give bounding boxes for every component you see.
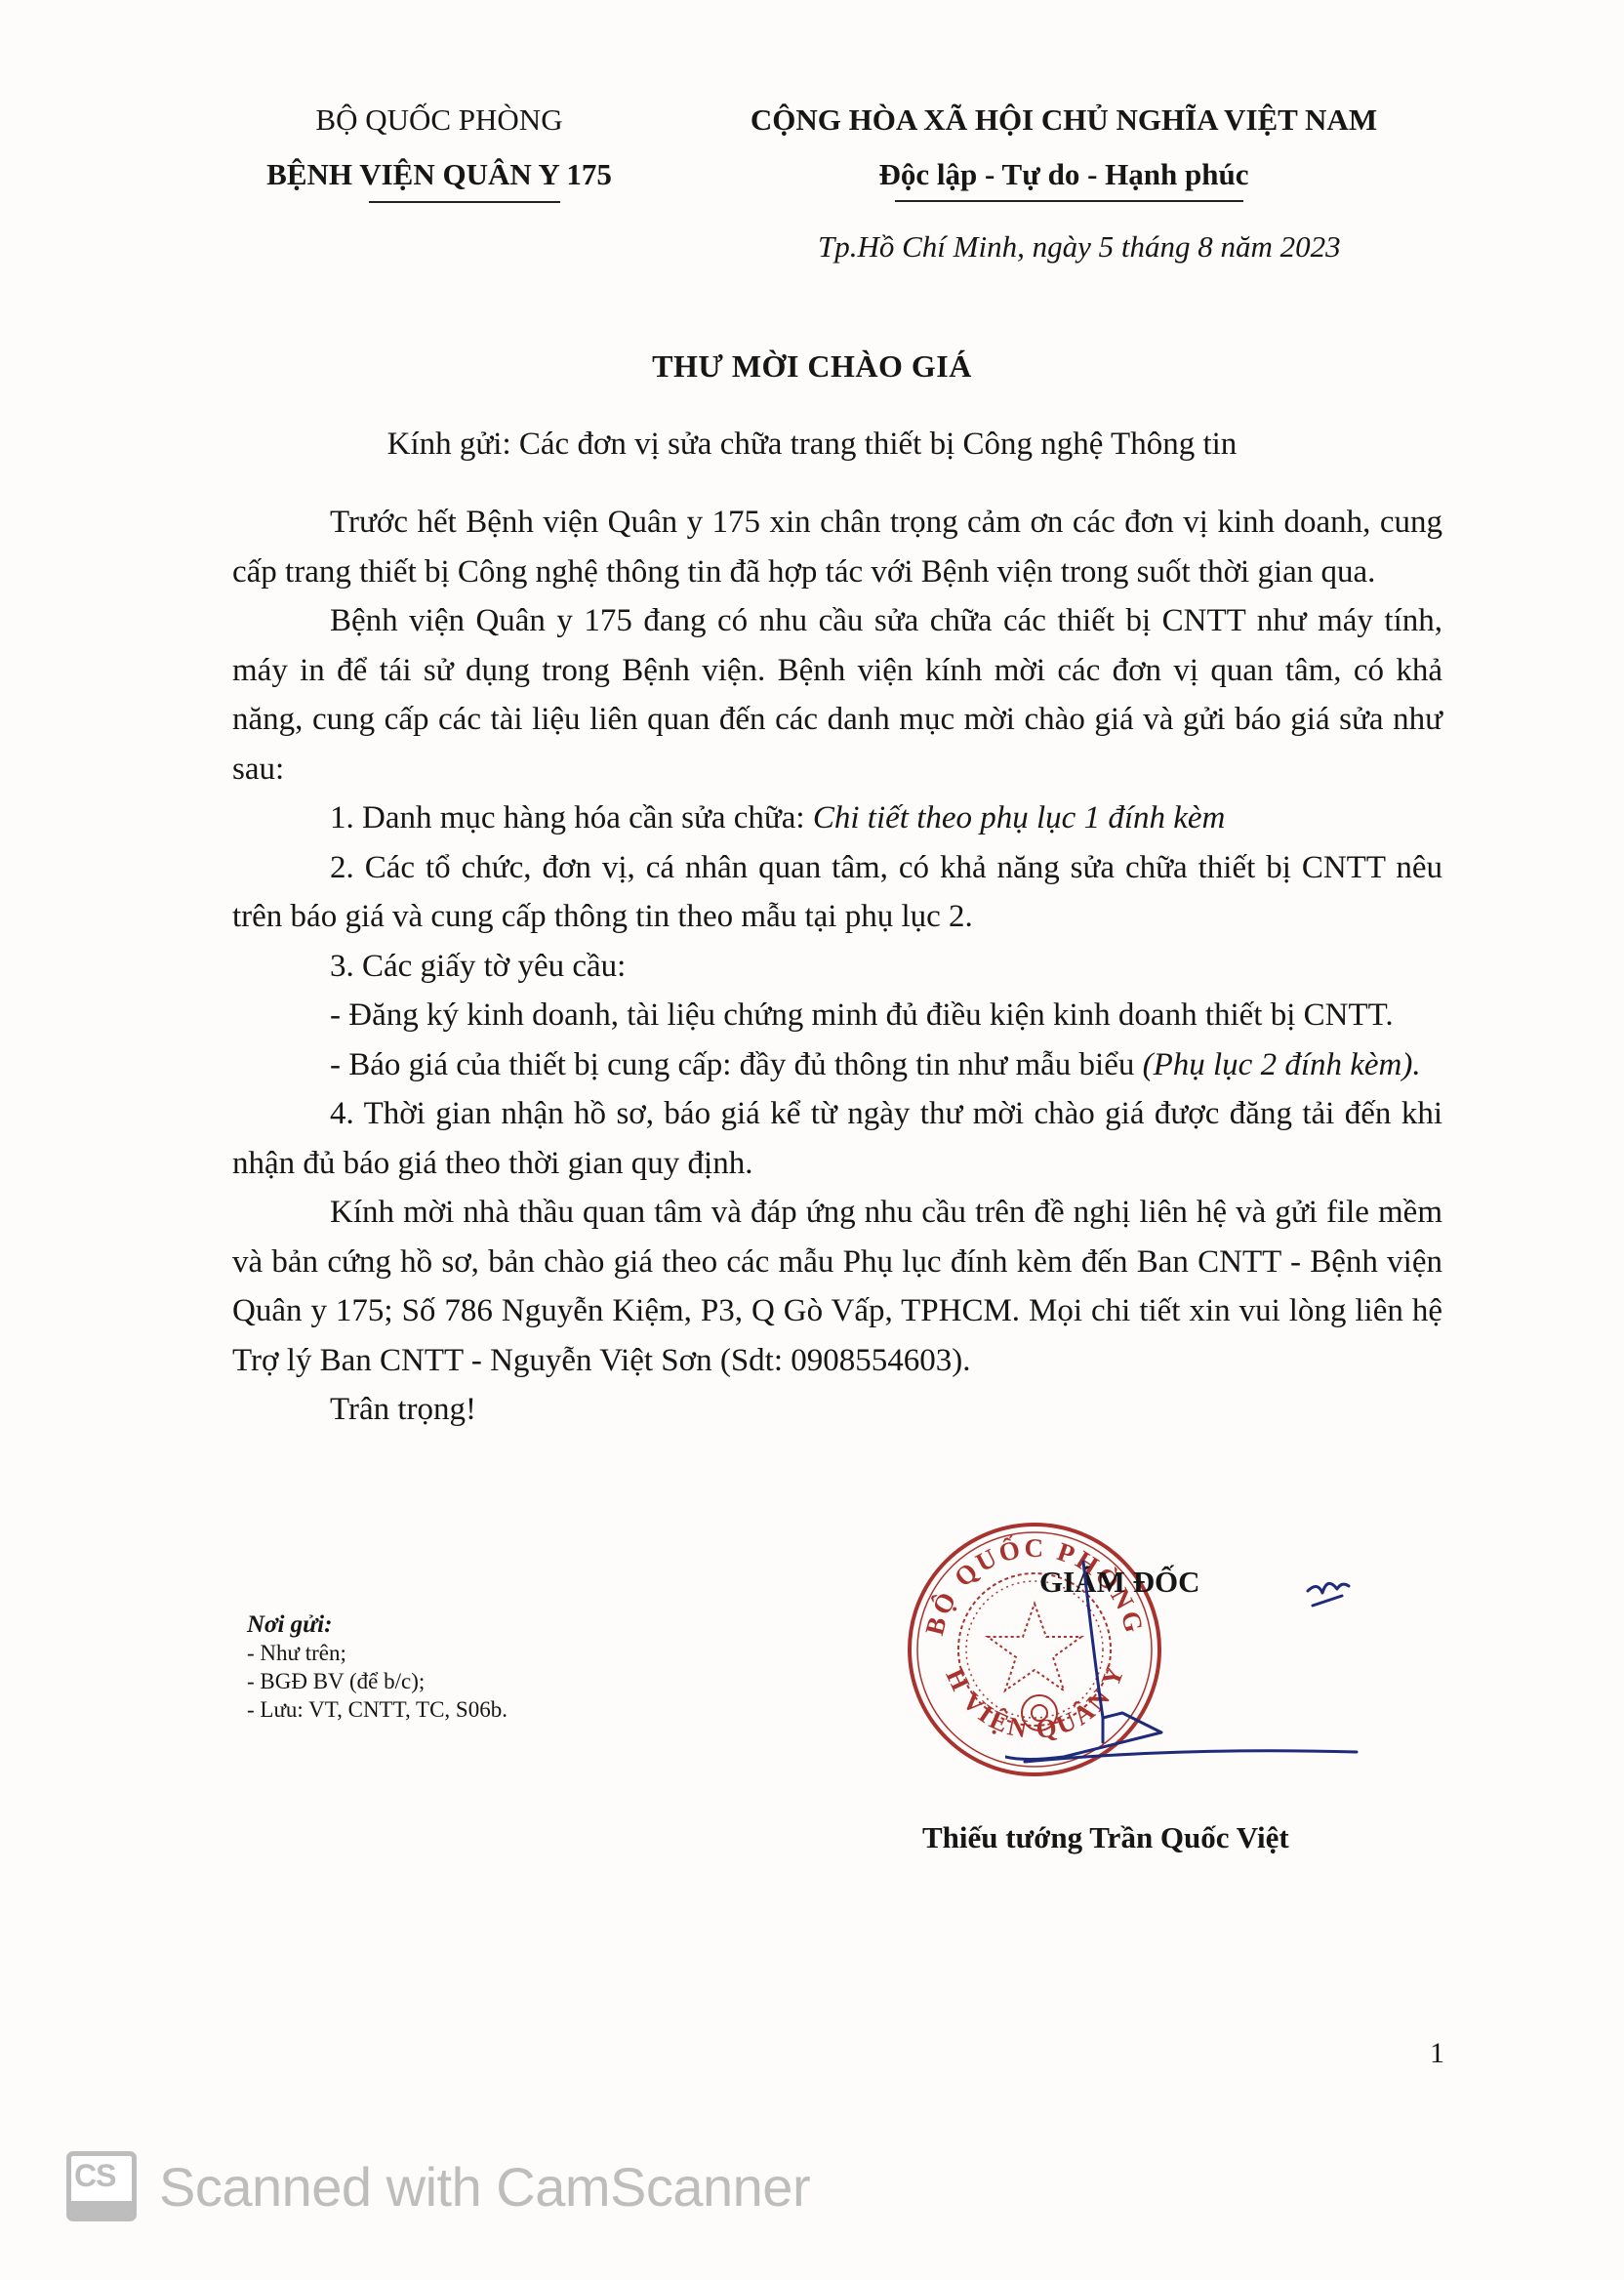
handwritten-signature-icon [1005, 1552, 1415, 1806]
hospital-name: BỆNH VIỆN QUÂN Y 175 [234, 155, 644, 194]
document-date: Tp.Hồ Chí Minh, ngày 5 tháng 8 năm 2023 [818, 229, 1341, 265]
motto-underline [895, 200, 1243, 202]
need-paragraph: Bệnh viện Quân y 175 đang có nhu cầu sửa… [232, 596, 1442, 794]
recipient-item: - Như trên; [247, 1639, 507, 1667]
signer-name: Thiếu tướng Trần Quốc Việt [922, 1820, 1289, 1855]
item-1: 1. Danh mục hàng hóa cần sửa chữa: Chi t… [232, 794, 1442, 843]
recipients-block: Nơi gửi: - Như trên; - BGĐ BV (để b/c); … [247, 1610, 507, 1724]
recipient-item: - BGĐ BV (để b/c); [247, 1667, 507, 1695]
item-3-a: - Đăng ký kinh doanh, tài liệu chứng min… [232, 991, 1442, 1040]
ministry-name: BỘ QUỐC PHÒNG [234, 101, 644, 140]
recipient-item: - Lưu: VT, CNTT, TC, S06b. [247, 1695, 507, 1724]
document-title: THƯ MỜI CHÀO GIÁ [0, 348, 1624, 385]
national-motto: Độc lập - Tự do - Hạnh phúc [703, 155, 1425, 194]
item-1-appendix-ref: Chi tiết theo phụ lục 1 đính kèm [813, 800, 1226, 835]
intro-paragraph: Trước hết Bệnh viện Quân y 175 xin chân … [232, 498, 1442, 596]
item-2: 2. Các tổ chức, đơn vị, cá nhân quan tâm… [232, 843, 1442, 942]
item-3: 3. Các giấy tờ yêu cầu: [232, 942, 1442, 992]
item-4: 4. Thời gian nhận hồ sơ, báo giá kể từ n… [232, 1089, 1442, 1188]
recipient-line: Kính gửi: Các đơn vị sửa chữa trang thiế… [0, 427, 1624, 463]
item-3-b-appendix-ref: (Phụ lục 2 đính kèm). [1143, 1047, 1421, 1082]
invitation-paragraph: Kính mời nhà thầu quan tâm và đáp ứng nh… [232, 1188, 1442, 1385]
country-name: CỘNG HÒA XÃ HỘI CHỦ NGHĨA VIỆT NAM [703, 101, 1425, 140]
camscanner-watermark: Scanned with CamScanner [159, 2155, 810, 2219]
recipients-heading: Nơi gửi: [247, 1610, 507, 1639]
letter-body: Trước hết Bệnh viện Quân y 175 xin chân … [232, 498, 1442, 1435]
camscanner-logo-icon: CS [66, 2151, 137, 2221]
closing: Trân trọng! [232, 1385, 1442, 1435]
page-number: 1 [1430, 2037, 1444, 2070]
item-3-b: - Báo giá của thiết bị cung cấp: đầy đủ … [232, 1040, 1442, 1090]
hospital-name-underline [369, 201, 560, 203]
